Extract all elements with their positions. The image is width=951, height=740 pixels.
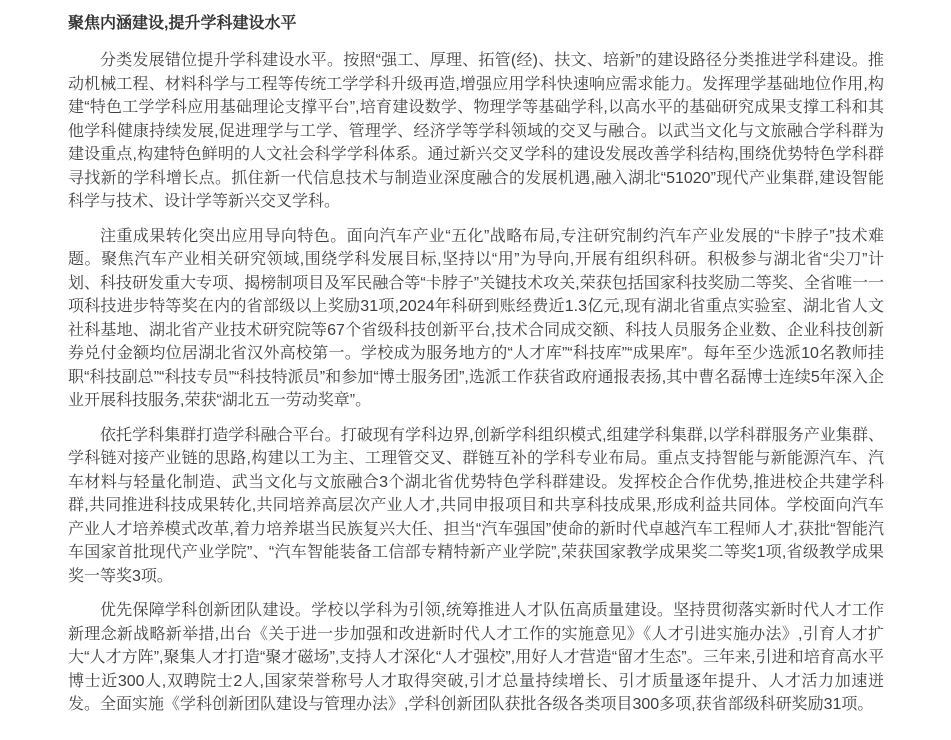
paragraph-discipline-classification: 分类发展错位提升学科建设水平。按照“强工、厚理、拓管(经)、扶文、培新”的建设路… (68, 49, 884, 214)
paragraph-achievement-transformation: 注重成果转化突出应用导向特色。面向汽车产业“五化”战略布局,专注研究制约汽车产业… (68, 225, 884, 413)
paragraph-discipline-cluster-platform: 依托学科集群打造学科融合平台。打破现有学科边界,创新学科组织模式,组建学科集群,… (68, 424, 884, 589)
document-title: 聚焦内涵建设,提升学科建设水平 (68, 12, 884, 36)
document-page: 聚焦内涵建设,提升学科建设水平 分类发展错位提升学科建设水平。按照“强工、厚理、… (0, 0, 951, 740)
paragraph-innovation-team: 优先保障学科创新团队建设。学校以学科为引领,统筹推进人才队伍高质量建设。坚持贯彻… (68, 599, 884, 717)
